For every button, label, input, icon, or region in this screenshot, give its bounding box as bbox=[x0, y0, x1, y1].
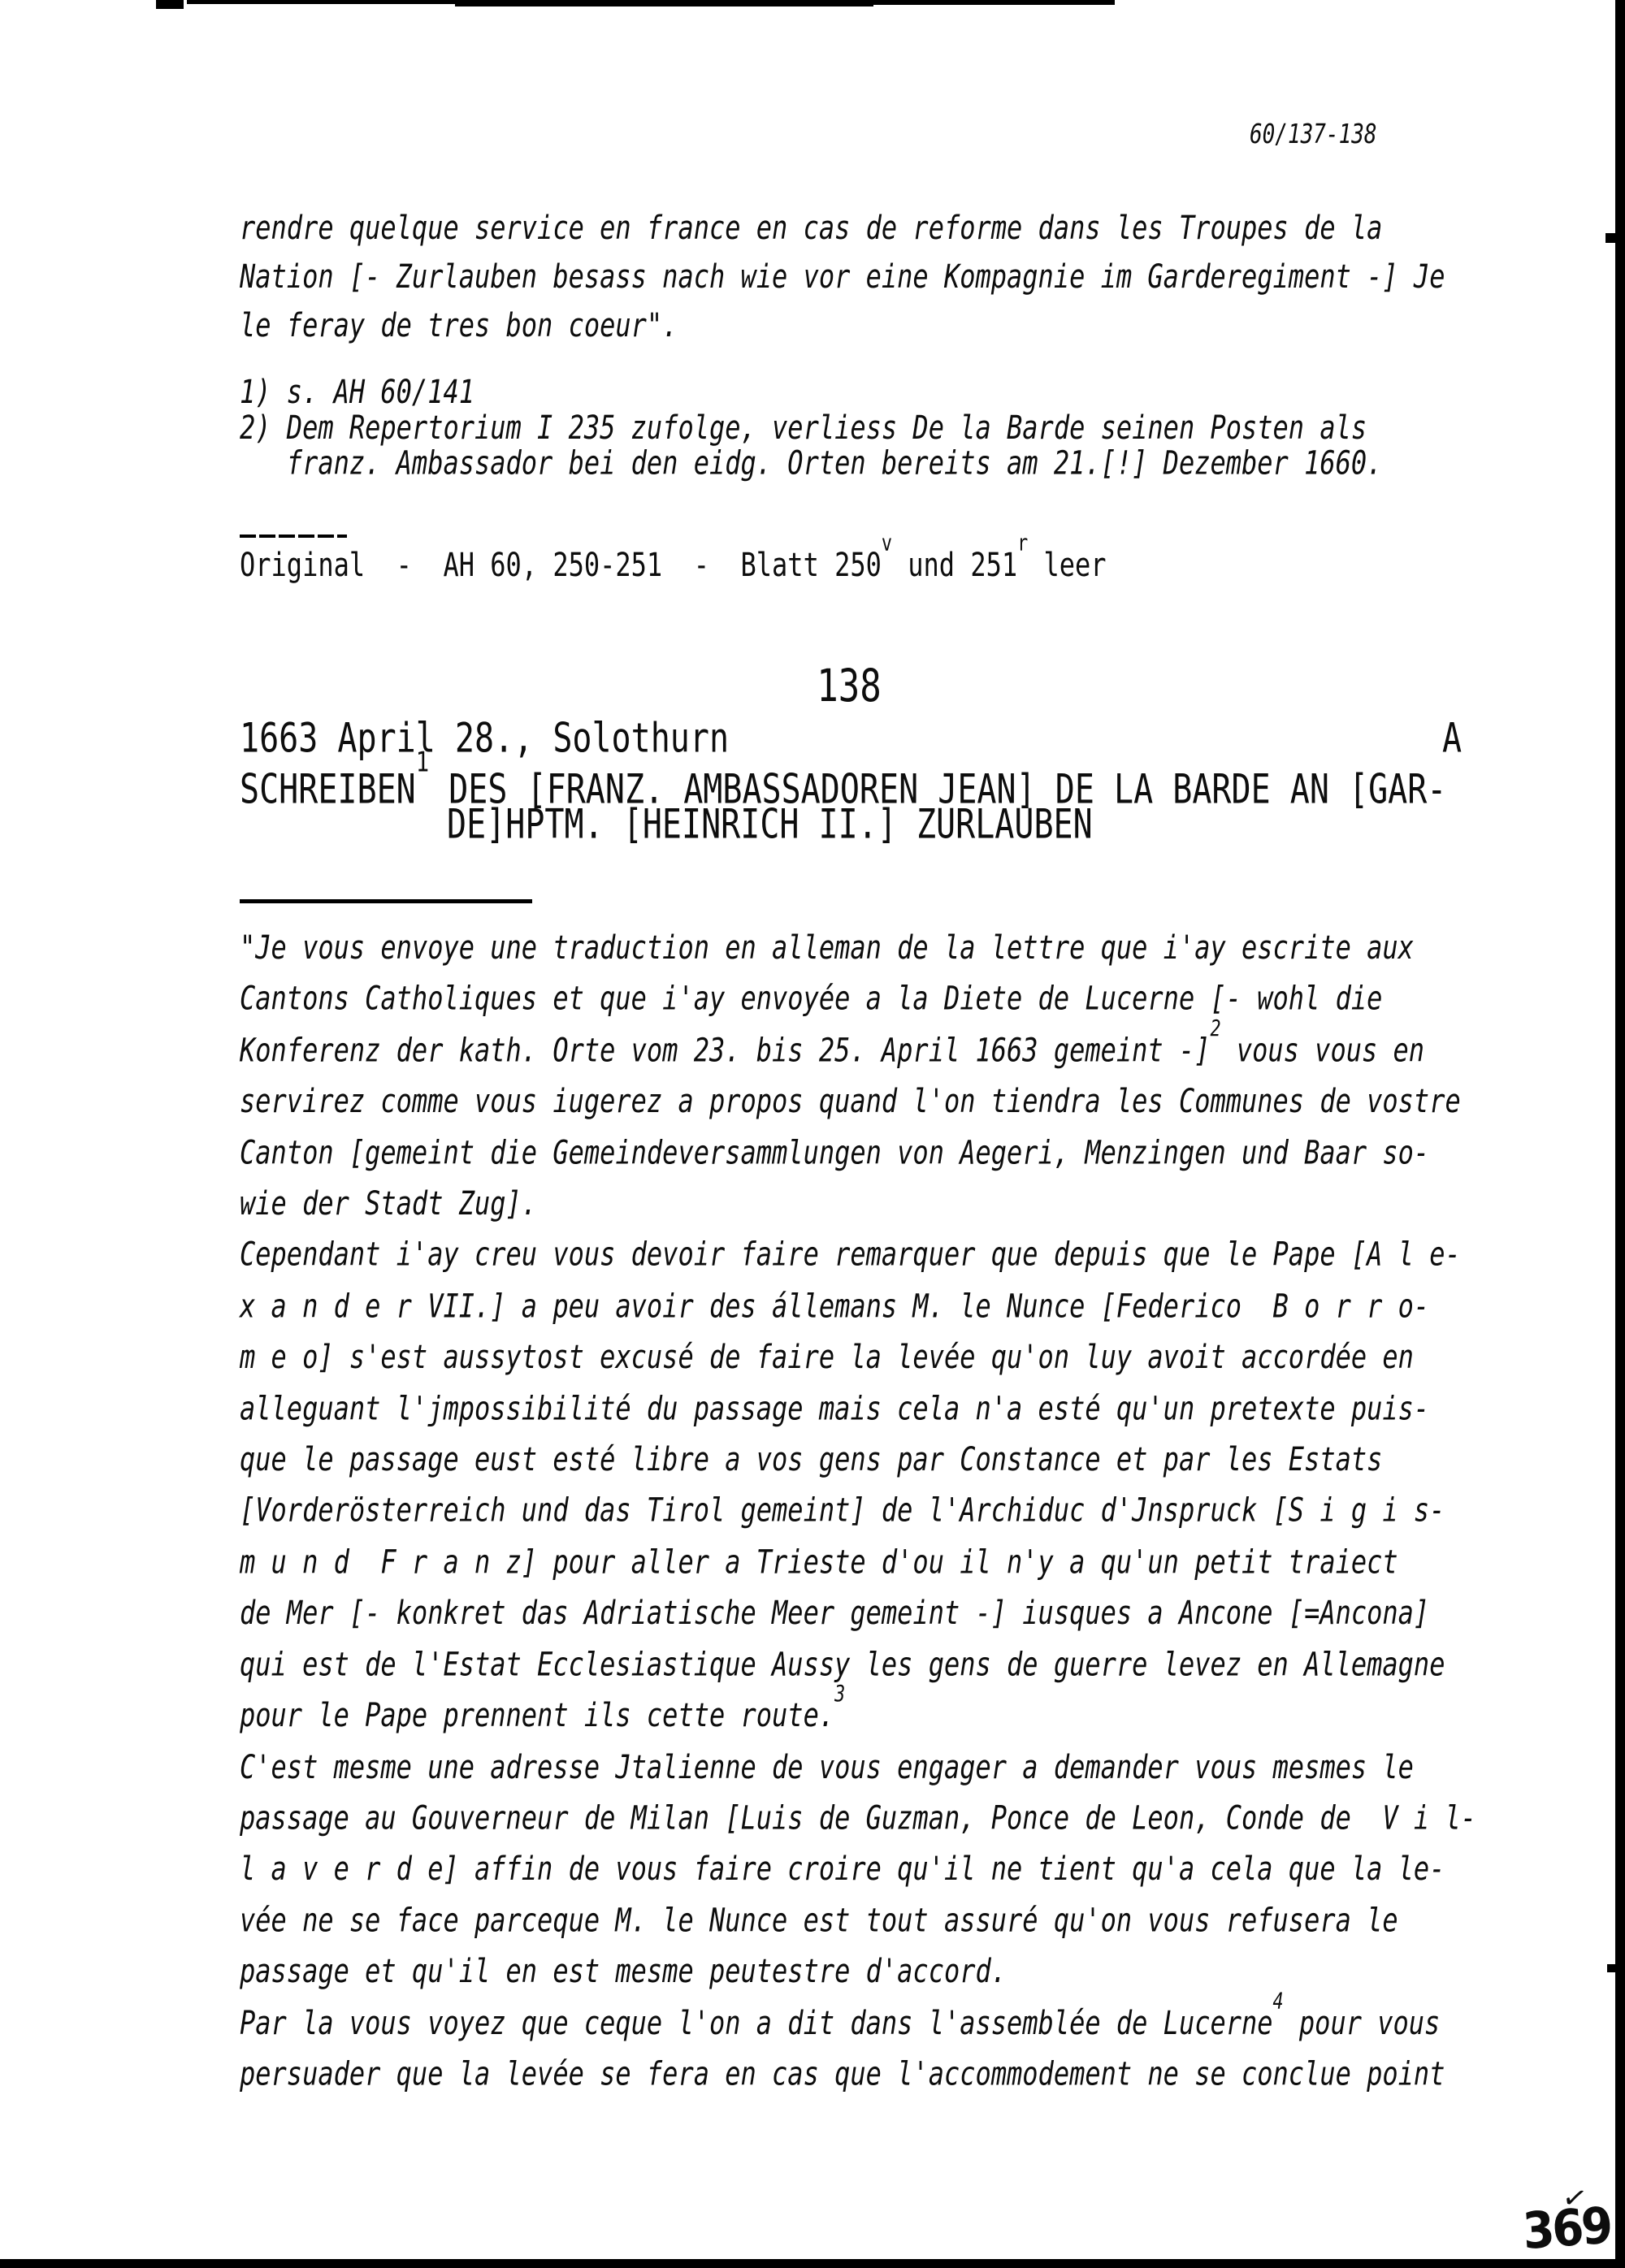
scan-edge-right bbox=[1615, 0, 1625, 2268]
footnote-separator-rule bbox=[240, 535, 347, 538]
scan-edge-speck bbox=[1605, 233, 1617, 243]
body-line: [Vorderösterreich und das Tirol gemeint]… bbox=[240, 1485, 1476, 1536]
scan-edge-top bbox=[871, 0, 1115, 5]
body-line: Canton [gemeint die Gemeindeversammlunge… bbox=[240, 1127, 1476, 1178]
source-line: Original - AH 60, 250-251 - Blatt 250v u… bbox=[240, 544, 1107, 585]
scan-edge-top bbox=[187, 0, 455, 4]
quote-line: rendre quelque service en france en cas … bbox=[240, 203, 1445, 252]
body-line: wie der Stadt Zug]. bbox=[240, 1178, 1476, 1229]
footnote-line: 2) Dem Repertorium I 235 zufolge, verlie… bbox=[240, 410, 1382, 446]
handwritten-page-number: 369 bbox=[1521, 2197, 1613, 2261]
body-line: Cantons Catholiques et que i'ay envoyée … bbox=[240, 973, 1476, 1024]
body-line: Cependant i'ay creu vous devoir faire re… bbox=[240, 1229, 1476, 1280]
body-line: que le passage eust esté libre a vos gen… bbox=[240, 1434, 1476, 1485]
body-line: pour le Pape prennent ils cette route.3 bbox=[240, 1690, 1476, 1741]
body-line: Par la vous voyez que ceque l'on a dit d… bbox=[240, 1997, 1476, 2048]
footnote-line: 1) s. AH 60/141 bbox=[240, 374, 1382, 410]
body-line: servirez comme vous iugerez a propos qua… bbox=[240, 1076, 1476, 1127]
entry-siglum: A bbox=[1442, 714, 1462, 763]
entry-date-place: 1663 April 28., Solothurn bbox=[240, 714, 729, 763]
body-line: de Mer [- konkret das Adriatische Meer g… bbox=[240, 1587, 1476, 1638]
body-line: l a v e r d e] affin de vous faire croir… bbox=[240, 1843, 1476, 1894]
entry-title-line-2: DE]HPTM. [HEINRICH II.] ZURLAUBEN bbox=[447, 800, 1093, 849]
body-line: m u n d F r a n z] pour aller a Trieste … bbox=[240, 1536, 1476, 1587]
body-line: vée ne se face parceque M. le Nunce est … bbox=[240, 1894, 1476, 1946]
heading-separator-rule bbox=[240, 899, 532, 903]
quote-line: le feray de tres bon coeur". bbox=[240, 301, 1445, 349]
scan-edge-top-blob bbox=[156, 0, 184, 9]
quote-line: Nation [- Zurlauben besass nach wie vor … bbox=[240, 252, 1445, 301]
body-line: x a n d e r VII.] a peu avoir des állema… bbox=[240, 1280, 1476, 1331]
body-line: persuader que la levée se fera en cas qu… bbox=[240, 2048, 1476, 2099]
body-line: qui est de l'Estat Ecclesiastique Aussy … bbox=[240, 1638, 1476, 1690]
body-line: C'est mesme une adresse Jtalienne de vou… bbox=[240, 1741, 1476, 1792]
scan-edge-speck bbox=[1607, 1964, 1617, 1972]
page-header-number: 60/137-138 bbox=[1250, 119, 1377, 151]
body-line: passage et qu'il en est mesme peutestre … bbox=[240, 1946, 1476, 1997]
footnote-line: franz. Ambassador bei den eidg. Orten be… bbox=[240, 446, 1382, 482]
body-line: alleguant l'jmpossibilité du passage mai… bbox=[240, 1383, 1476, 1434]
footnotes: 1) s. AH 60/1412) Dem Repertorium I 235 … bbox=[240, 374, 1382, 482]
body-line: passage au Gouverneur de Milan [Luis de … bbox=[240, 1792, 1476, 1843]
body-line: m e o] s'est aussytost excusé de faire l… bbox=[240, 1331, 1476, 1383]
scan-edge-top bbox=[455, 0, 873, 6]
body-line: Konferenz der kath. Orte vom 23. bis 25.… bbox=[240, 1024, 1476, 1076]
letter-body: "Je vous envoye une traduction en allema… bbox=[240, 922, 1476, 2099]
body-line: "Je vous envoye une traduction en allema… bbox=[240, 922, 1476, 973]
quote-continuation: rendre quelque service en france en cas … bbox=[240, 203, 1445, 349]
scan-edge-bottom bbox=[0, 2259, 1625, 2268]
entry-number: 138 bbox=[240, 660, 1458, 713]
